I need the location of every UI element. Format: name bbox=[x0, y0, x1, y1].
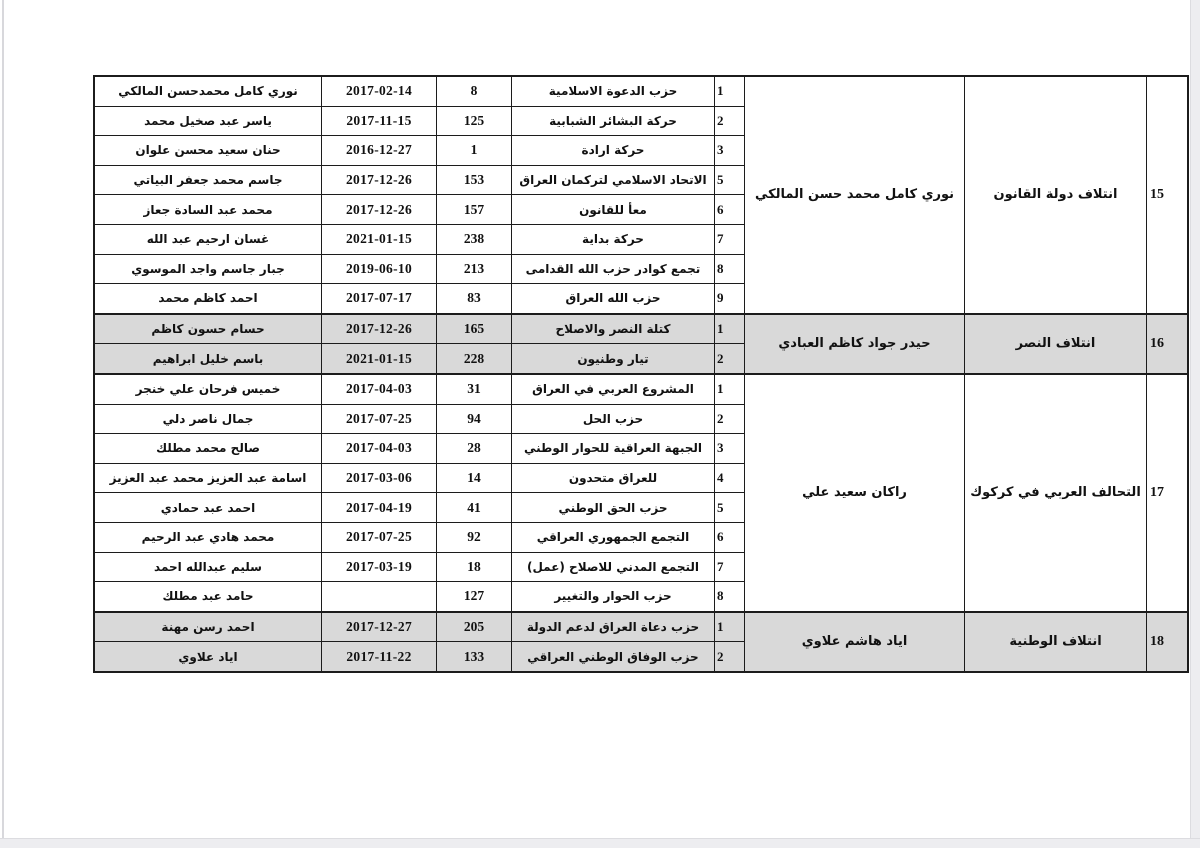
sub-index-cell: 3 bbox=[715, 136, 745, 166]
count-cell: 14 bbox=[437, 463, 512, 493]
count-cell: 228 bbox=[437, 344, 512, 374]
date-cell: 2021-01-15 bbox=[322, 224, 437, 254]
party-name-cell: الاتحاد الاسلامي لتركمان العراق bbox=[512, 165, 715, 195]
page-bottom-edge bbox=[0, 838, 1200, 848]
party-name-cell: التجمع المدني للاصلاح (عمل) bbox=[512, 552, 715, 582]
member-name-cell: حامد عبد مطلك bbox=[94, 582, 322, 612]
member-name-cell: صالح محمد مطلك bbox=[94, 434, 322, 464]
sub-index-cell: 8 bbox=[715, 254, 745, 284]
date-cell: 2017-07-25 bbox=[322, 522, 437, 552]
party-name-cell: حزب الحق الوطني bbox=[512, 493, 715, 523]
sub-index-cell: 7 bbox=[715, 552, 745, 582]
group-index-cell: 18 bbox=[1147, 612, 1189, 672]
party-name-cell: حزب الله العراق bbox=[512, 284, 715, 314]
date-cell: 2017-02-14 bbox=[322, 76, 437, 106]
leader-name-cell: راكان سعيد علي bbox=[745, 374, 965, 612]
member-name-cell: احمد عبد حمادي bbox=[94, 493, 322, 523]
party-name-cell: الجبهة العراقية للحوار الوطني bbox=[512, 434, 715, 464]
parties-table: نوري كامل محمدحسن المالكي2017-02-148حزب … bbox=[93, 75, 1189, 673]
sub-index-cell: 2 bbox=[715, 642, 745, 672]
count-cell: 133 bbox=[437, 642, 512, 672]
member-name-cell: ياسر عبد صخيل محمد bbox=[94, 106, 322, 136]
group-index-cell: 17 bbox=[1147, 374, 1189, 612]
sub-index-cell: 1 bbox=[715, 374, 745, 404]
count-cell: 205 bbox=[437, 612, 512, 642]
leader-name-cell: نوري كامل محمد حسن المالكي bbox=[745, 76, 965, 314]
coalition-name-cell: انتلاف الوطنية bbox=[965, 612, 1147, 672]
date-cell: 2017-11-15 bbox=[322, 106, 437, 136]
page-root: { "page": { "background": "#ffffff", "sh… bbox=[0, 0, 1200, 848]
party-name-cell: حزب الحل bbox=[512, 404, 715, 434]
date-cell: 2021-01-15 bbox=[322, 344, 437, 374]
count-cell: 157 bbox=[437, 195, 512, 225]
sub-index-cell: 4 bbox=[715, 463, 745, 493]
party-name-cell: معأ للقانون bbox=[512, 195, 715, 225]
member-name-cell: خميس فرحان علي خنجر bbox=[94, 374, 322, 404]
member-name-cell: اسامة عبد العزيز محمد عبد العزيز bbox=[94, 463, 322, 493]
table-row-17-1: خميس فرحان علي خنجر2017-04-0331المشروع ا… bbox=[94, 374, 1188, 404]
date-cell: 2019-06-10 bbox=[322, 254, 437, 284]
member-name-cell: حنان سعيد محسن علوان bbox=[94, 136, 322, 166]
party-name-cell: حركة البشائر الشبابية bbox=[512, 106, 715, 136]
member-name-cell: اياد علاوي bbox=[94, 642, 322, 672]
party-name-cell: التجمع الجمهوري العراقي bbox=[512, 522, 715, 552]
party-name-cell: تيار وطنيون bbox=[512, 344, 715, 374]
count-cell: 92 bbox=[437, 522, 512, 552]
party-name-cell: تجمع كوادر حزب الله القدامى bbox=[512, 254, 715, 284]
member-name-cell: نوري كامل محمدحسن المالكي bbox=[94, 76, 322, 106]
party-name-cell: حزب الحوار والتغيير bbox=[512, 582, 715, 612]
leader-name-cell: اياد هاشم علاوي bbox=[745, 612, 965, 672]
date-cell: 2017-03-06 bbox=[322, 463, 437, 493]
date-cell: 2017-07-17 bbox=[322, 284, 437, 314]
member-name-cell: جمال ناصر دلي bbox=[94, 404, 322, 434]
count-cell: 153 bbox=[437, 165, 512, 195]
count-cell: 83 bbox=[437, 284, 512, 314]
date-cell: 2017-04-03 bbox=[322, 434, 437, 464]
sub-index-cell: 5 bbox=[715, 165, 745, 195]
sub-index-cell: 1 bbox=[715, 314, 745, 344]
party-name-cell: كتلة النصر والاصلاح bbox=[512, 314, 715, 344]
party-name-cell: المشروع العربي في العراق bbox=[512, 374, 715, 404]
member-name-cell: احمد رسن مهنة bbox=[94, 612, 322, 642]
date-cell: 2017-04-19 bbox=[322, 493, 437, 523]
page-left-edge bbox=[2, 0, 4, 848]
table-row-18-1: احمد رسن مهنة2017-12-27205حزب دعاة العرا… bbox=[94, 612, 1188, 642]
sub-index-cell: 6 bbox=[715, 195, 745, 225]
sub-index-cell: 6 bbox=[715, 522, 745, 552]
coalition-name-cell: التحالف العربي في كركوك bbox=[965, 374, 1147, 612]
member-name-cell: جبار جاسم واجد الموسوي bbox=[94, 254, 322, 284]
date-cell: 2017-07-25 bbox=[322, 404, 437, 434]
date-cell: 2017-12-26 bbox=[322, 165, 437, 195]
date-cell: 2017-12-26 bbox=[322, 314, 437, 344]
sub-index-cell: 2 bbox=[715, 344, 745, 374]
count-cell: 8 bbox=[437, 76, 512, 106]
page-right-edge bbox=[1190, 0, 1200, 848]
document-page: نوري كامل محمدحسن المالكي2017-02-148حزب … bbox=[0, 0, 1200, 848]
date-cell bbox=[322, 582, 437, 612]
leader-name-cell: حيدر جواد كاظم العبادي bbox=[745, 314, 965, 374]
count-cell: 28 bbox=[437, 434, 512, 464]
party-name-cell: للعراق متحدون bbox=[512, 463, 715, 493]
sub-index-cell: 5 bbox=[715, 493, 745, 523]
party-name-cell: حزب دعاة العراق لدعم الدولة bbox=[512, 612, 715, 642]
date-cell: 2017-11-22 bbox=[322, 642, 437, 672]
count-cell: 165 bbox=[437, 314, 512, 344]
table-row-15-1: نوري كامل محمدحسن المالكي2017-02-148حزب … bbox=[94, 76, 1188, 106]
party-name-cell: حركة بداية bbox=[512, 224, 715, 254]
member-name-cell: جاسم محمد جعفر البياتي bbox=[94, 165, 322, 195]
member-name-cell: محمد عبد السادة جعاز bbox=[94, 195, 322, 225]
date-cell: 2017-12-26 bbox=[322, 195, 437, 225]
count-cell: 41 bbox=[437, 493, 512, 523]
coalition-name-cell: انتلاف النصر bbox=[965, 314, 1147, 374]
date-cell: 2016-12-27 bbox=[322, 136, 437, 166]
date-cell: 2017-03-19 bbox=[322, 552, 437, 582]
sub-index-cell: 7 bbox=[715, 224, 745, 254]
party-name-cell: حزب الوفاق الوطني العراقي bbox=[512, 642, 715, 672]
member-name-cell: احمد كاظم محمد bbox=[94, 284, 322, 314]
member-name-cell: باسم خليل ابراهيم bbox=[94, 344, 322, 374]
count-cell: 31 bbox=[437, 374, 512, 404]
count-cell: 1 bbox=[437, 136, 512, 166]
date-cell: 2017-12-27 bbox=[322, 612, 437, 642]
count-cell: 94 bbox=[437, 404, 512, 434]
party-name-cell: حزب الدعوة الاسلامية bbox=[512, 76, 715, 106]
parties-table-body: نوري كامل محمدحسن المالكي2017-02-148حزب … bbox=[94, 76, 1188, 672]
member-name-cell: حسام حسون كاظم bbox=[94, 314, 322, 344]
group-index-cell: 15 bbox=[1147, 76, 1189, 314]
sub-index-cell: 3 bbox=[715, 434, 745, 464]
sub-index-cell: 9 bbox=[715, 284, 745, 314]
sub-index-cell: 8 bbox=[715, 582, 745, 612]
member-name-cell: غسان ارحيم عبد الله bbox=[94, 224, 322, 254]
sub-index-cell: 1 bbox=[715, 76, 745, 106]
count-cell: 127 bbox=[437, 582, 512, 612]
date-cell: 2017-04-03 bbox=[322, 374, 437, 404]
member-name-cell: محمد هادي عبد الرحيم bbox=[94, 522, 322, 552]
count-cell: 238 bbox=[437, 224, 512, 254]
group-index-cell: 16 bbox=[1147, 314, 1189, 374]
member-name-cell: سليم عبدالله احمد bbox=[94, 552, 322, 582]
sub-index-cell: 1 bbox=[715, 612, 745, 642]
count-cell: 213 bbox=[437, 254, 512, 284]
count-cell: 125 bbox=[437, 106, 512, 136]
sub-index-cell: 2 bbox=[715, 106, 745, 136]
table-row-16-1: حسام حسون كاظم2017-12-26165كتلة النصر وا… bbox=[94, 314, 1188, 344]
party-name-cell: حركة ارادة bbox=[512, 136, 715, 166]
count-cell: 18 bbox=[437, 552, 512, 582]
sub-index-cell: 2 bbox=[715, 404, 745, 434]
coalition-name-cell: انتلاف دولة القانون bbox=[965, 76, 1147, 314]
